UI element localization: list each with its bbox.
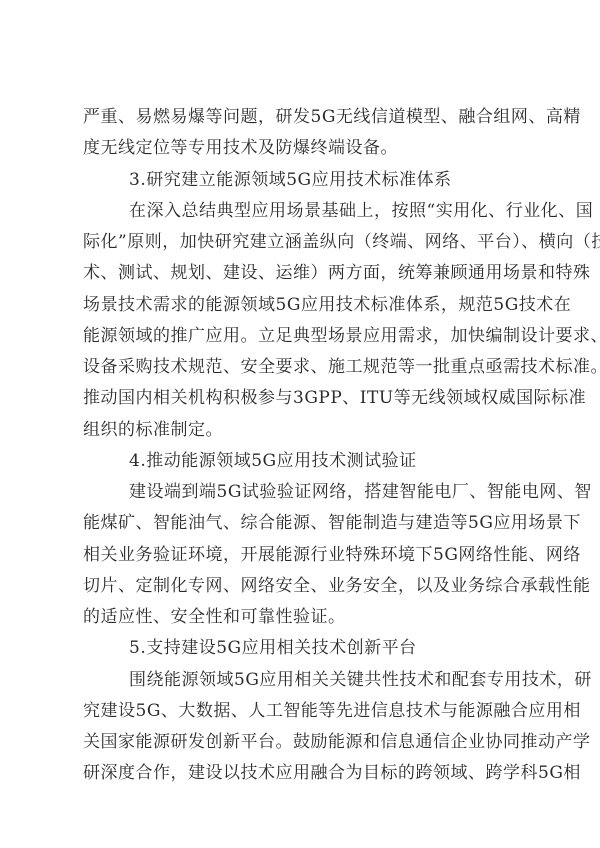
paragraph-line: 度无线定位等专用技术及防爆终端设备。 bbox=[83, 133, 519, 164]
paragraph-line: 相关业务验证环境，开展能源行业特殊环境下5G网络性能、网络 bbox=[83, 540, 519, 571]
paragraph-line: 围绕能源领域5G应用相关关键共性技术和配套专用技术，研 bbox=[83, 665, 519, 696]
paragraph-line: 际化”原则，加快研究建立涵盖纵向（终端、网络、平台）、横向（技 bbox=[83, 227, 519, 258]
section-heading-3: 3.研究建立能源领域5G应用技术标准体系 bbox=[83, 165, 519, 196]
paragraph-line: 组织的标准制定。 bbox=[83, 415, 519, 446]
paragraph-line: 术、测试、规划、建设、运维）两方面，统筹兼顾通用场景和特殊 bbox=[83, 258, 519, 289]
document-body: 严重、易燃易爆等问题，研发5G无线信道模型、融合组网、高精 度无线定位等专用技术… bbox=[83, 102, 519, 790]
section-heading-4: 4.推动能源领域5G应用技术测试验证 bbox=[83, 446, 519, 477]
paragraph-line: 关国家能源研发创新平台。鼓励能源和信息通信企业协同推动产学 bbox=[83, 727, 519, 758]
paragraph-line: 建设端到端5G试验验证网络，搭建智能电厂、智能电网、智 bbox=[83, 477, 519, 508]
paragraph-line: 的适应性、安全性和可靠性验证。 bbox=[83, 602, 519, 633]
paragraph-line: 场景技术需求的能源领域5G应用技术标准体系，规范5G技术在 bbox=[83, 290, 519, 321]
paragraph-line: 设备采购技术规范、安全要求、施工规范等一批重点亟需技术标准。 bbox=[83, 352, 519, 383]
paragraph-line: 研深度合作，建设以技术应用融合为目标的跨领域、跨学科5G相 bbox=[83, 758, 519, 789]
paragraph-line: 严重、易燃易爆等问题，研发5G无线信道模型、融合组网、高精 bbox=[83, 102, 519, 133]
document-page: 严重、易燃易爆等问题，研发5G无线信道模型、融合组网、高精 度无线定位等专用技术… bbox=[0, 0, 600, 848]
paragraph-line: 能煤矿、智能油气、综合能源、智能制造与建造等5G应用场景下 bbox=[83, 508, 519, 539]
paragraph-line: 推动国内相关机构积极参与3GPP、ITU等无线领域权威国际标准 bbox=[83, 383, 519, 414]
paragraph-line: 切片、定制化专网、网络安全、业务安全，以及业务综合承载性能 bbox=[83, 571, 519, 602]
section-heading-5: 5.支持建设5G应用相关技术创新平台 bbox=[83, 633, 519, 664]
paragraph-line: 能源领域的推广应用。立足典型场景应用需求，加快编制设计要求、 bbox=[83, 321, 519, 352]
paragraph-line: 在深入总结典型应用场景基础上，按照“实用化、行业化、国 bbox=[83, 196, 519, 227]
paragraph-line: 究建设5G、大数据、人工智能等先进信息技术与能源融合应用相 bbox=[83, 696, 519, 727]
